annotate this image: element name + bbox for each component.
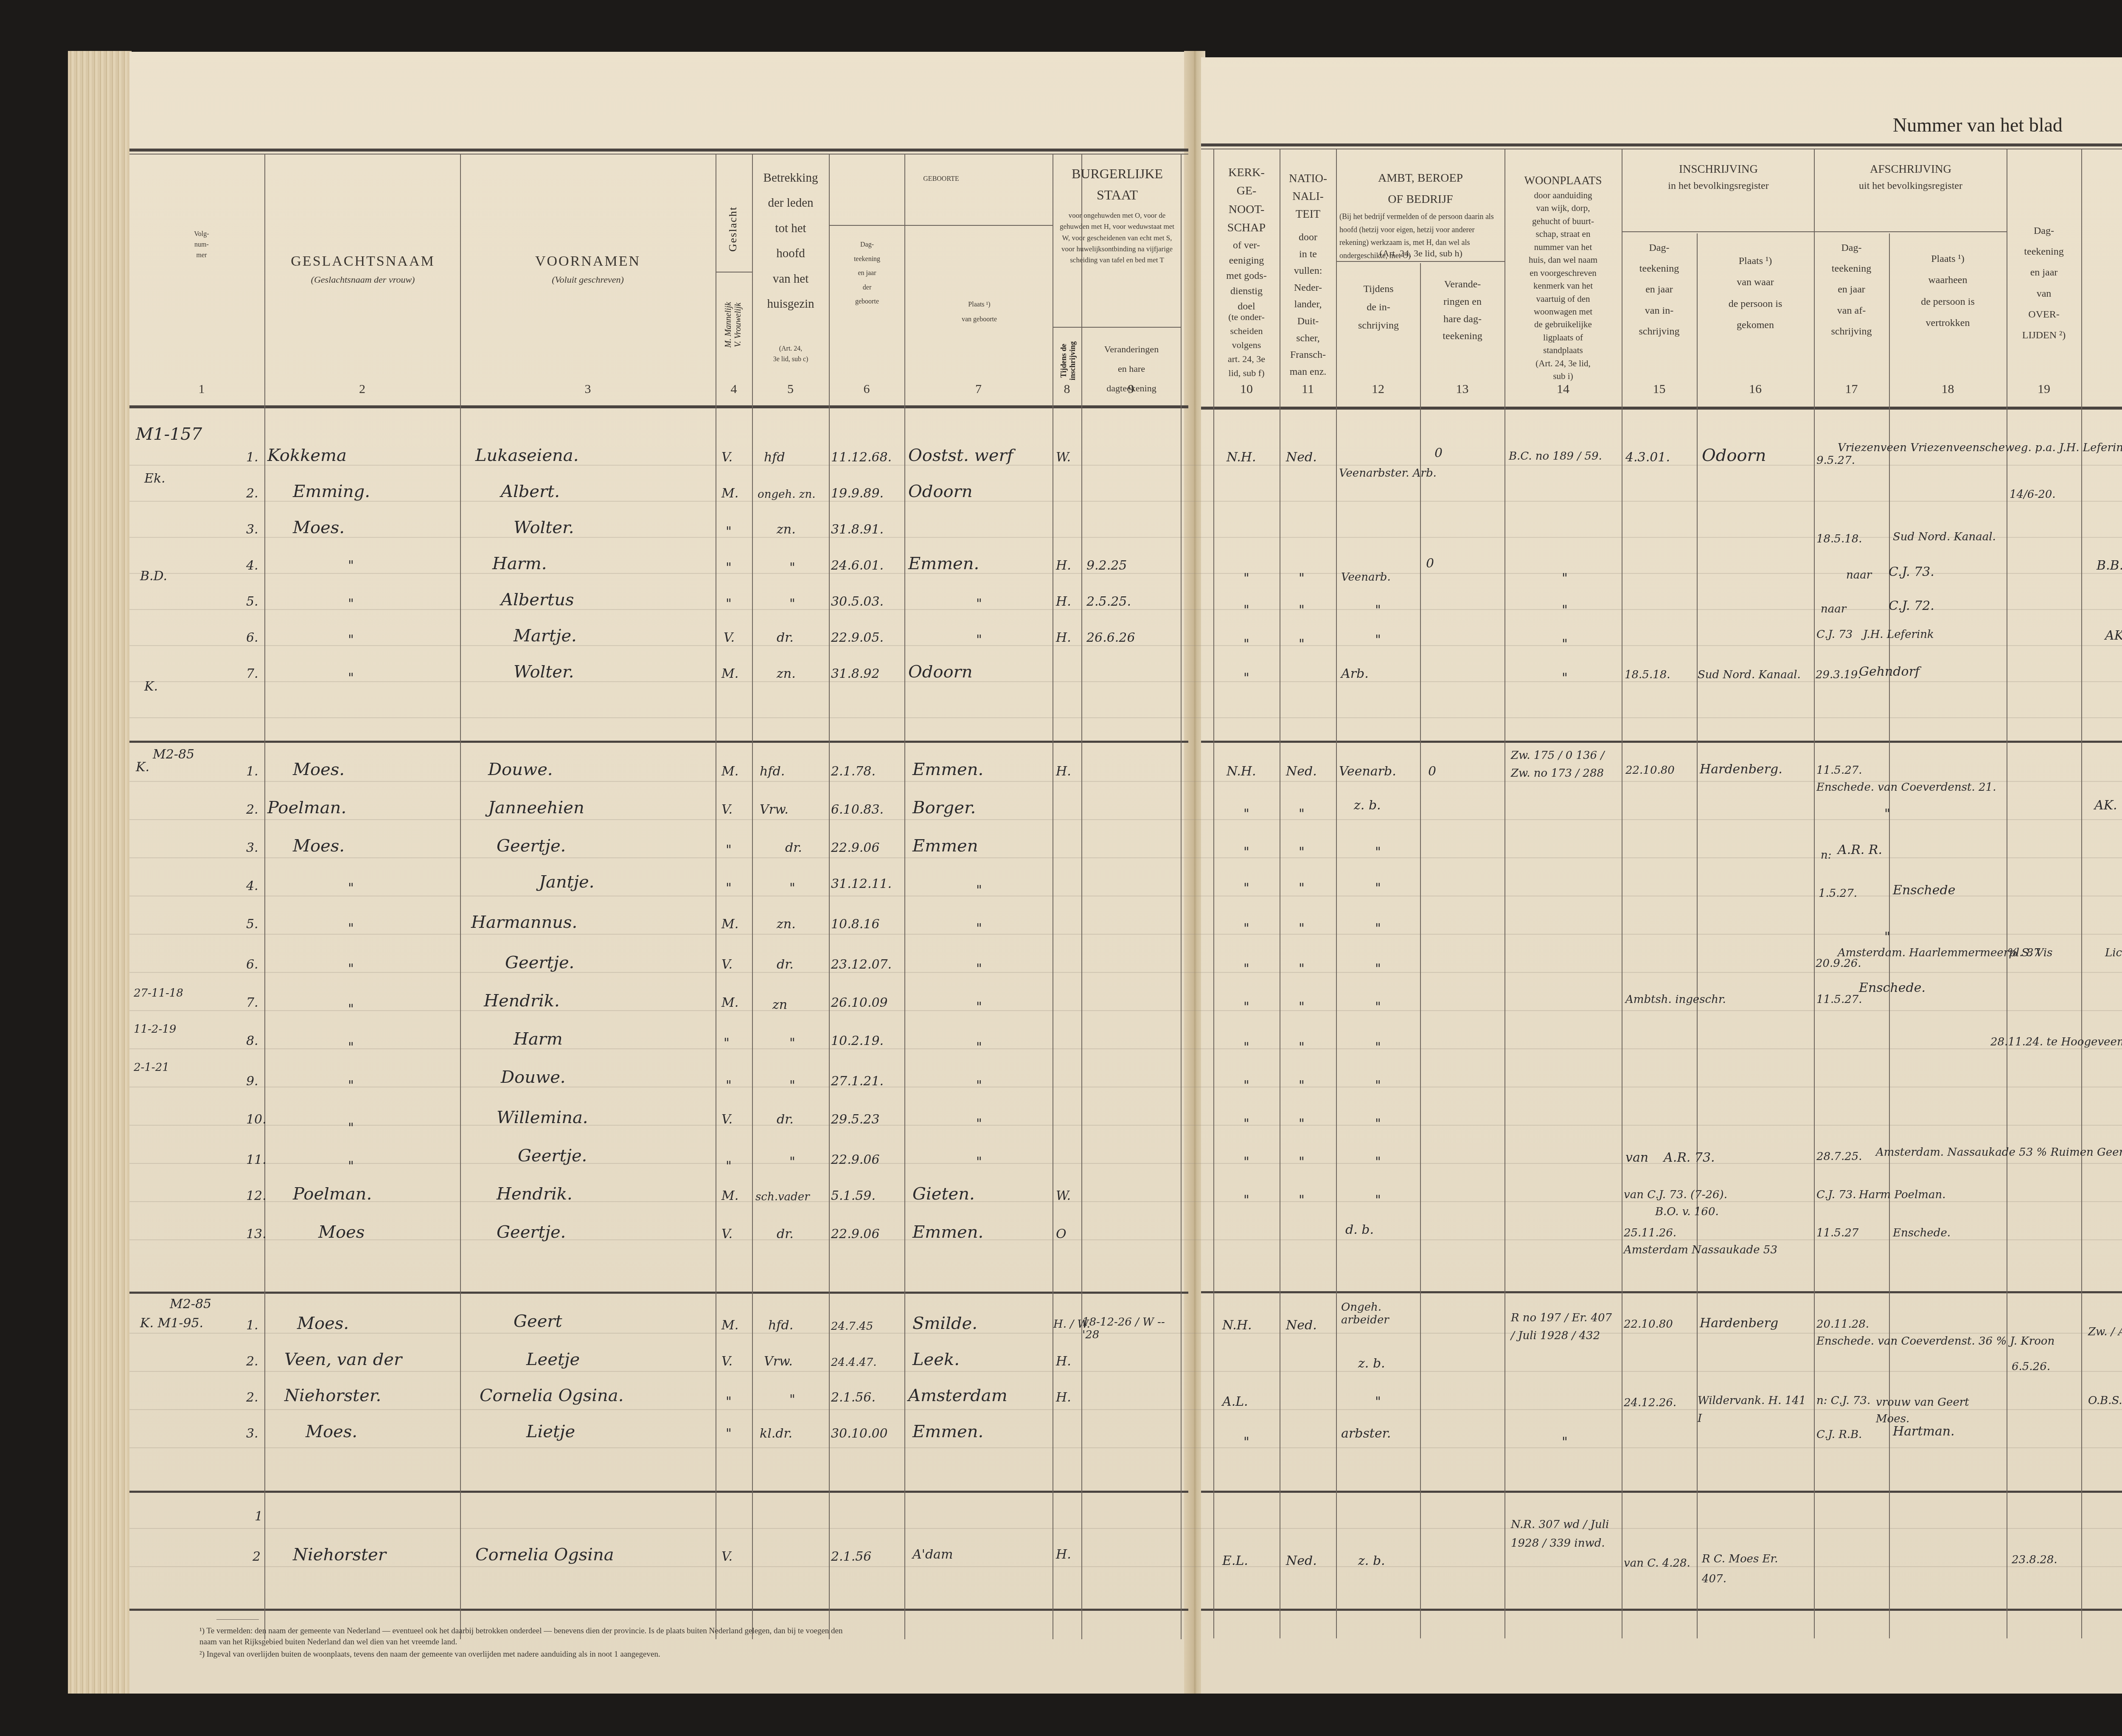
- cell-value: 2.5.25.: [1086, 594, 1131, 609]
- rule-line: [1181, 154, 1182, 1639]
- header-overlijden: Dag- teekening en jaar van OVER- LIJDEN …: [2007, 221, 2080, 346]
- header-top-rule-right-thin: [1201, 149, 2122, 149]
- header-bottom-rule-right: [1201, 407, 2122, 410]
- cell-value: 22.10.80: [1625, 764, 1675, 777]
- rule-line: [129, 1010, 2122, 1011]
- rule-line: [2081, 149, 2082, 1638]
- cell-value: ": [726, 596, 732, 611]
- cell-value: 1.: [246, 450, 258, 465]
- cell-value: W.: [1056, 450, 1071, 465]
- cell-value: Moes.: [293, 760, 345, 779]
- footnote-1: ¹) Te vermelden: den naam der gemeente v…: [199, 1626, 862, 1647]
- cell-value: Lietje: [526, 1422, 575, 1441]
- cell-value: ": [1299, 1116, 1305, 1131]
- header-voornamen-title: VOORNAMEN: [463, 250, 713, 273]
- cell-value: 23.12.07.: [831, 957, 892, 972]
- header-ambt-veranderingen: Verande- ringen en hare dag- teekening: [1421, 276, 1504, 345]
- cell-value: ": [1243, 961, 1249, 976]
- cell-value: 9.: [246, 1074, 258, 1089]
- margin-note: 2-1-21: [134, 1061, 169, 1074]
- cell-value: van C.J. 73. (7-26).: [1624, 1188, 1727, 1201]
- cell-value: Albertus: [501, 590, 574, 610]
- cell-value: Wildervank. H. 141 I: [1698, 1392, 1812, 1427]
- cell-value: Harm Poelman.: [1859, 1188, 1945, 1201]
- cell-value: 4.3.01.: [1625, 450, 1670, 465]
- cell-value: Amsterdam Nassaukade 53: [1624, 1244, 1777, 1256]
- group-rule: [1201, 1609, 2122, 1611]
- cell-value: B.O. v. 160.: [1655, 1205, 1719, 1218]
- cell-value: ": [976, 1040, 982, 1055]
- cell-value: Albert.: [501, 482, 560, 501]
- header-top-rule-left: [129, 149, 1188, 152]
- header-woonplaats: WOONPLAATS: [1506, 172, 1620, 190]
- cell-value: 3.: [246, 1426, 258, 1441]
- header-aanmerkingen-note: (Art. 24, 5e lid): [2082, 293, 2122, 307]
- cell-value: AK.: [2094, 798, 2117, 813]
- rule-line: [129, 934, 2122, 935]
- cell-value: ongeh. zn.: [758, 488, 815, 501]
- cell-value: ": [976, 596, 982, 611]
- cell-value: arbster.: [1341, 1426, 1391, 1441]
- cell-value: ": [1243, 1078, 1249, 1093]
- cell-value: M.: [721, 917, 738, 932]
- cell-value: ": [976, 632, 982, 647]
- cell-value: Vrw.: [764, 1354, 793, 1369]
- cell-value: ": [1375, 603, 1381, 618]
- header-afschrijving: AFSCHRIJVING: [1816, 160, 2006, 178]
- cell-value: 5.: [246, 917, 258, 932]
- cell-value: Hardenberg: [1700, 1316, 1778, 1331]
- rule-line: [1697, 233, 1698, 1638]
- cell-value: ": [1884, 930, 1890, 944]
- column-number: 14: [1504, 382, 1622, 396]
- column-number: 11: [1280, 382, 1336, 396]
- cell-value: Zw. 175 / 0 136 / Zw. no 173 / 288: [1511, 747, 1617, 782]
- cell-value: 7.: [246, 666, 258, 681]
- header-afschrijving-date: Dag- teekening en jaar van af- schrijvin…: [1815, 238, 1888, 342]
- header-geslacht-note: M. Mannelijk V. Vrouwelijk: [724, 276, 743, 374]
- cell-value: Emmen: [912, 836, 978, 856]
- cell-value: 2.: [246, 802, 258, 817]
- cell-value: dr.: [777, 957, 794, 972]
- cell-value: Leek.: [912, 1350, 960, 1369]
- cell-value: C.J. 72.: [1889, 598, 1934, 613]
- cell-value: 9.2.25: [1086, 558, 1127, 573]
- cell-value: zn: [772, 997, 787, 1012]
- cell-value: ": [1299, 637, 1305, 652]
- cell-value: Wolter.: [514, 662, 574, 682]
- cell-value: 18.5.18.: [1625, 669, 1670, 681]
- cell-value: V.: [721, 450, 733, 465]
- cell-value: Poelman.: [293, 1184, 372, 1204]
- header-kerkgenootschap-body: of ver- eeniging met gods- dienstig doel: [1215, 238, 1278, 314]
- cell-value: Emming.: [293, 482, 370, 501]
- cell-value: 26.10.09: [831, 995, 888, 1010]
- header-voornamen-note: (Voluit geschreven): [463, 273, 713, 287]
- cell-value: ": [1299, 806, 1305, 821]
- cell-value: 24.7.45: [831, 1320, 873, 1333]
- cell-value: zn.: [777, 917, 796, 932]
- group-rule: [1201, 1491, 2122, 1493]
- cell-value: ": [1375, 1155, 1381, 1169]
- cell-value: Jantje.: [539, 872, 595, 892]
- column-number: 8: [1053, 382, 1081, 396]
- cell-value: ": [1299, 961, 1305, 976]
- cell-value: Lichtscheper. .: [2105, 947, 2122, 959]
- rule-line: [1622, 231, 2007, 232]
- cell-value: 22.9.06: [831, 1152, 880, 1167]
- cell-value: Willemina.: [497, 1108, 588, 1127]
- cell-value: 10.: [246, 1112, 267, 1127]
- cell-value: Geertje.: [497, 836, 566, 856]
- cell-value: V.: [721, 802, 733, 817]
- margin-note: 27-11-18: [134, 987, 183, 1000]
- cell-value: Douwe.: [501, 1067, 566, 1087]
- cell-value: Martje.: [514, 626, 577, 646]
- cell-value: Moes.: [306, 1422, 357, 1441]
- cell-value: ": [726, 1078, 732, 1093]
- cell-value: ": [1299, 571, 1305, 586]
- cell-value: ": [789, 596, 795, 611]
- column-number: 20: [2081, 382, 2122, 396]
- cell-value: ": [1299, 1078, 1305, 1093]
- cell-value: ": [1243, 671, 1249, 685]
- column-number: 7: [904, 382, 1053, 396]
- cell-value: Oostst. werf: [908, 446, 1013, 465]
- header-betrekking: Betrekking der leden tot het hoofd van h…: [755, 166, 827, 317]
- surname: Kokkema: [267, 446, 347, 465]
- header-inschrijving-from: Plaats ¹) van waar de persoon is gekomen: [1698, 250, 1813, 336]
- column-number: 19: [2007, 382, 2081, 396]
- cell-value: ": [1375, 1000, 1381, 1014]
- cell-value: 22.9.06: [831, 840, 880, 855]
- header-ambt-tijdens: Tijdens de in- schrijving: [1337, 280, 1420, 335]
- cell-value: ": [1375, 1193, 1381, 1208]
- cell-value: B.C. no 189 / 59.: [1509, 450, 1602, 463]
- cell-value: M.: [721, 764, 738, 779]
- margin-note: 11-2-19: [134, 1023, 176, 1036]
- group-rule: [1201, 1291, 2122, 1293]
- cell-value: ": [1375, 961, 1381, 976]
- cell-value: Sud Nord. Kanaal.: [1698, 669, 1801, 681]
- rule-line: [1213, 149, 1214, 1638]
- cell-value: 11.12.68.: [831, 450, 892, 465]
- cell-value: vrouw van Geert Moes.: [1876, 1394, 2003, 1427]
- rule-line: [829, 154, 830, 1639]
- cell-value: Cornelia Ogsina: [475, 1545, 614, 1565]
- cell-value: Moes.: [297, 1314, 349, 1333]
- rule-line: [129, 1447, 2122, 1448]
- cell-value: 19.9.89.: [831, 486, 884, 501]
- cell-value: 13.: [246, 1227, 267, 1242]
- group-rule: [129, 1292, 1188, 1294]
- rule-line: [129, 1048, 2122, 1049]
- cell-value: N.R. 307 wd / Juli 1928 / 339 inwd.: [1511, 1515, 1617, 1553]
- cell-value: ": [1243, 603, 1249, 618]
- rule-line: [264, 154, 265, 1639]
- cell-value: Zw. / Acc. / Zw. AK.: [2088, 1318, 2122, 1347]
- cell-value: M.: [721, 486, 738, 501]
- cell-value: van: [1625, 1150, 1648, 1165]
- cell-value: N.H.: [1222, 1318, 1252, 1333]
- cell-value: B.B.B.B.R.: [2097, 558, 2122, 573]
- margin-note: Ek.: [144, 471, 166, 486]
- cell-value: z. b.: [1358, 1553, 1385, 1568]
- cell-value: 12.: [246, 1188, 267, 1203]
- cell-value: 23.8.28.: [2012, 1553, 2057, 1566]
- header-kerkgenootschap-note: (te onder- scheiden volgens art. 24, 3e …: [1215, 310, 1278, 380]
- header-geboorte-place: Plaats ¹) van geboorte: [906, 297, 1053, 327]
- cell-value: 1.5.27.: [1819, 887, 1857, 900]
- cell-value: ": [789, 1155, 795, 1169]
- header-inschrijving-sub: in het bevolkingsregister: [1623, 178, 1813, 194]
- rule-line: [1280, 149, 1280, 1638]
- cell-value: ": [1562, 571, 1568, 586]
- cell-value: 28.11.24. te Hoogeveen: [1990, 1036, 2122, 1048]
- cell-value: A.R. R.: [1838, 843, 1882, 857]
- margin-note: K. M1-95.: [140, 1316, 203, 1331]
- cell-value: V.: [721, 1549, 733, 1564]
- header-inschrijving-date: Dag- teekening en jaar van in- schrijvin…: [1622, 238, 1696, 342]
- cell-value: 24.6.01.: [831, 558, 884, 573]
- cell-value: 22.10.80: [1624, 1318, 1673, 1331]
- cell-value: ": [1375, 881, 1381, 896]
- cell-value: Veenarb.: [1339, 764, 1396, 779]
- cell-value: 8.: [246, 1034, 258, 1048]
- cell-value: Arb.: [1341, 666, 1369, 681]
- cell-value: ": [1375, 921, 1381, 936]
- cell-value: 9.5.27.: [1816, 454, 1855, 467]
- header-geboorte-date: Dag- teekening en jaar der geboorte: [831, 238, 903, 309]
- cell-value: ": [789, 1078, 795, 1093]
- cell-value: Vriezenveen Vriezenveenscheweg. p.a. J.H…: [1838, 441, 2122, 454]
- rule-line: [1053, 154, 1053, 1639]
- header-burg-tijdens: Tijdens de inschrijving: [1059, 335, 1077, 386]
- cell-value: Odoorn: [1702, 446, 1766, 465]
- cell-value: Amsterdam: [908, 1386, 1008, 1405]
- cell-value: V.: [721, 1112, 733, 1127]
- cell-value: ": [789, 1036, 795, 1051]
- group-rule: [129, 1609, 1188, 1611]
- cell-value: ": [1299, 1000, 1305, 1014]
- cell-value: ": [348, 596, 354, 611]
- cell-value: ": [726, 560, 732, 575]
- column-number: 10: [1213, 382, 1280, 396]
- cell-value: 2.: [246, 486, 258, 501]
- cell-value: ": [726, 881, 732, 896]
- cell-value: 11.5.27.: [1816, 764, 1862, 777]
- cell-value: ": [1562, 671, 1568, 685]
- group-rule: [129, 741, 1188, 743]
- cell-value: Niehorster.: [284, 1386, 381, 1405]
- header-geslachtsnaam-title: GESLACHTSNAAM: [267, 250, 458, 273]
- cell-value: naar: [1846, 569, 1872, 581]
- cell-value: ": [976, 1000, 982, 1014]
- cell-value: ": [1562, 637, 1568, 652]
- rule-line: [129, 501, 2122, 502]
- cell-value: Borger.: [912, 798, 976, 817]
- column-number: 6: [829, 382, 904, 396]
- cell-value: C.J. R.B.: [1816, 1428, 1862, 1441]
- cell-value: 26.6.26: [1086, 630, 1135, 645]
- rule-line: [129, 972, 2122, 973]
- cell-value: Geertje.: [497, 1222, 566, 1242]
- column-number: 18: [1889, 382, 2007, 396]
- cell-value: 30.5.03.: [831, 594, 884, 609]
- cell-value: 30.10.00: [831, 1426, 888, 1441]
- rule-line: [716, 154, 716, 1639]
- cell-value: V.: [721, 957, 733, 972]
- cell-value: ": [348, 558, 354, 573]
- cell-value: 6.: [246, 630, 258, 645]
- cell-value: Enschede: [1893, 883, 1955, 898]
- cell-value: ": [726, 1159, 732, 1174]
- footnote-divider: [216, 1619, 259, 1620]
- cell-value: sch.vader: [755, 1191, 810, 1203]
- cell-value: Emmen.: [912, 1422, 983, 1441]
- header-betrekking-note: (Art. 24, 3e lid, sub c): [755, 344, 827, 365]
- cell-value: 31.8.92: [831, 666, 880, 681]
- cell-value: van C. 4.28.: [1624, 1553, 1692, 1573]
- cell-value: ": [348, 1159, 354, 1174]
- cell-value: ": [348, 671, 354, 685]
- cell-value: dr.: [777, 1112, 794, 1127]
- cell-value: M.: [721, 1188, 738, 1203]
- cell-value: Smilde.: [912, 1314, 977, 1333]
- column-number: 12: [1336, 382, 1420, 396]
- cell-value: 11.5.27: [1816, 1227, 1858, 1239]
- cell-value: Hartman.: [1893, 1424, 1955, 1439]
- cell-value: 22.9.05.: [831, 630, 884, 645]
- cell-value: ": [976, 961, 982, 976]
- cell-value: ": [724, 1036, 730, 1051]
- rule-line: [716, 272, 752, 272]
- cell-value: ": [348, 961, 354, 976]
- cell-value: hfd: [764, 450, 785, 465]
- rule-line: [1622, 149, 1622, 1638]
- cell-value: R C. Moes Er. 407.: [1702, 1549, 1795, 1589]
- cell-value: Moes: [318, 1222, 365, 1242]
- cell-value: 2.: [246, 1390, 258, 1405]
- cell-value: 0: [1426, 556, 1434, 571]
- cell-value: 2.1.56: [831, 1549, 871, 1564]
- header-inschrijving: INSCHRIJVING: [1623, 160, 1813, 178]
- cell-value: 14/6-20.: [2010, 488, 2056, 501]
- rule-line: [1814, 149, 1815, 1638]
- cell-value: ": [348, 1078, 354, 1093]
- cell-value: Harmannus.: [471, 913, 577, 932]
- cell-value: Cornelia Ogsina.: [480, 1386, 623, 1405]
- cell-value: Moes.: [293, 836, 345, 856]
- rule-line: [129, 1371, 2122, 1372]
- cell-value: O.B.S.V. Zw.: [2088, 1394, 2122, 1407]
- cell-value: H.: [1056, 594, 1071, 609]
- rule-line: [129, 645, 2122, 646]
- rule-line: [129, 717, 2122, 718]
- cell-value: R no 197 / Er. 407 / Juli 1928 / 432: [1511, 1309, 1617, 1345]
- cell-value: ": [976, 921, 982, 936]
- cell-value: Odoorn: [908, 482, 972, 501]
- cell-value: 24.12.26.: [1624, 1396, 1676, 1409]
- cell-value: Wolter.: [514, 518, 574, 537]
- cell-value: ": [976, 1078, 982, 1093]
- header-voornamen: VOORNAMEN (Voluit geschreven): [463, 250, 713, 287]
- cell-value: Ned.: [1286, 1553, 1317, 1568]
- cell-value: H.: [1056, 630, 1071, 645]
- cell-value: M.: [721, 666, 738, 681]
- cell-value: 24.4.47.: [831, 1356, 877, 1369]
- cell-value: ": [1375, 845, 1381, 860]
- cell-value: 1.: [246, 1318, 258, 1333]
- cell-value: C.J. 73.: [1889, 565, 1934, 579]
- rule-line: [1081, 154, 1082, 1639]
- page-stack-left: [68, 51, 132, 1694]
- group-rule: [1201, 741, 2122, 743]
- cell-value: 6.5.26.: [2012, 1360, 2050, 1373]
- cell-value: zn.: [777, 522, 796, 537]
- rule-line: [1504, 149, 1505, 1638]
- cell-value: ": [1299, 1040, 1305, 1055]
- cell-value: 11.: [246, 1152, 267, 1167]
- cell-value: Gehndorf: [1859, 664, 1920, 679]
- column-number: 13: [1420, 382, 1504, 396]
- cell-value: Enschede. van Coeverdenst. 36 % J. Kroon: [1816, 1335, 2084, 1348]
- cell-value: hfd.: [768, 1318, 793, 1333]
- rule-line: [829, 225, 1053, 226]
- cell-value: M.: [721, 1318, 738, 1333]
- cell-value: Moes.: [293, 518, 345, 537]
- cell-value: ": [1375, 1078, 1381, 1093]
- cell-value: 11.5.27.: [1816, 993, 1862, 1006]
- cell-value: 0: [1434, 446, 1443, 461]
- cell-value: 4.: [246, 558, 258, 573]
- rule-line: [2007, 149, 2007, 1638]
- cell-value: ": [1562, 603, 1568, 618]
- cell-value: ": [1243, 637, 1249, 652]
- cell-value: kl.dr.: [760, 1426, 792, 1441]
- column-number: 4: [716, 382, 752, 396]
- rule-line: [129, 1239, 2122, 1240]
- cell-value: J.H. Leferink: [1863, 628, 1934, 641]
- cell-value: ": [789, 560, 795, 575]
- rule-line: [129, 573, 2122, 574]
- cell-value: Ned.: [1286, 1318, 1317, 1333]
- rule-line: [129, 1201, 2122, 1202]
- cell-value: ": [726, 524, 732, 539]
- cell-value: 2.: [246, 1354, 258, 1369]
- rule-line: [129, 1163, 2122, 1164]
- cell-value: Enschede.: [1859, 980, 1926, 995]
- cell-value: Geertje.: [505, 953, 574, 972]
- cell-value: ": [1243, 571, 1249, 586]
- cell-value: ": [1243, 1040, 1249, 1055]
- cell-value: 2.1.56.: [831, 1390, 876, 1405]
- cell-value: 31.8.91.: [831, 522, 884, 537]
- rule-line: [129, 1125, 2122, 1126]
- cell-value: V.: [724, 630, 735, 645]
- cell-value: V.: [721, 1227, 733, 1242]
- margin-note: B.D.: [140, 569, 167, 584]
- cell-value: ": [1243, 1000, 1249, 1014]
- cell-value: ": [1375, 1116, 1381, 1131]
- cell-value: 1: [255, 1509, 263, 1524]
- header-woonplaats-body: door aanduiding van wijk, dorp, gehucht …: [1506, 189, 1620, 383]
- column-number: 15: [1622, 382, 1697, 396]
- cell-value: 18.5.18.: [1816, 533, 1862, 545]
- cell-value: ": [1299, 1155, 1305, 1169]
- cell-value: zn.: [777, 666, 796, 681]
- cell-value: Hendrik.: [484, 991, 560, 1011]
